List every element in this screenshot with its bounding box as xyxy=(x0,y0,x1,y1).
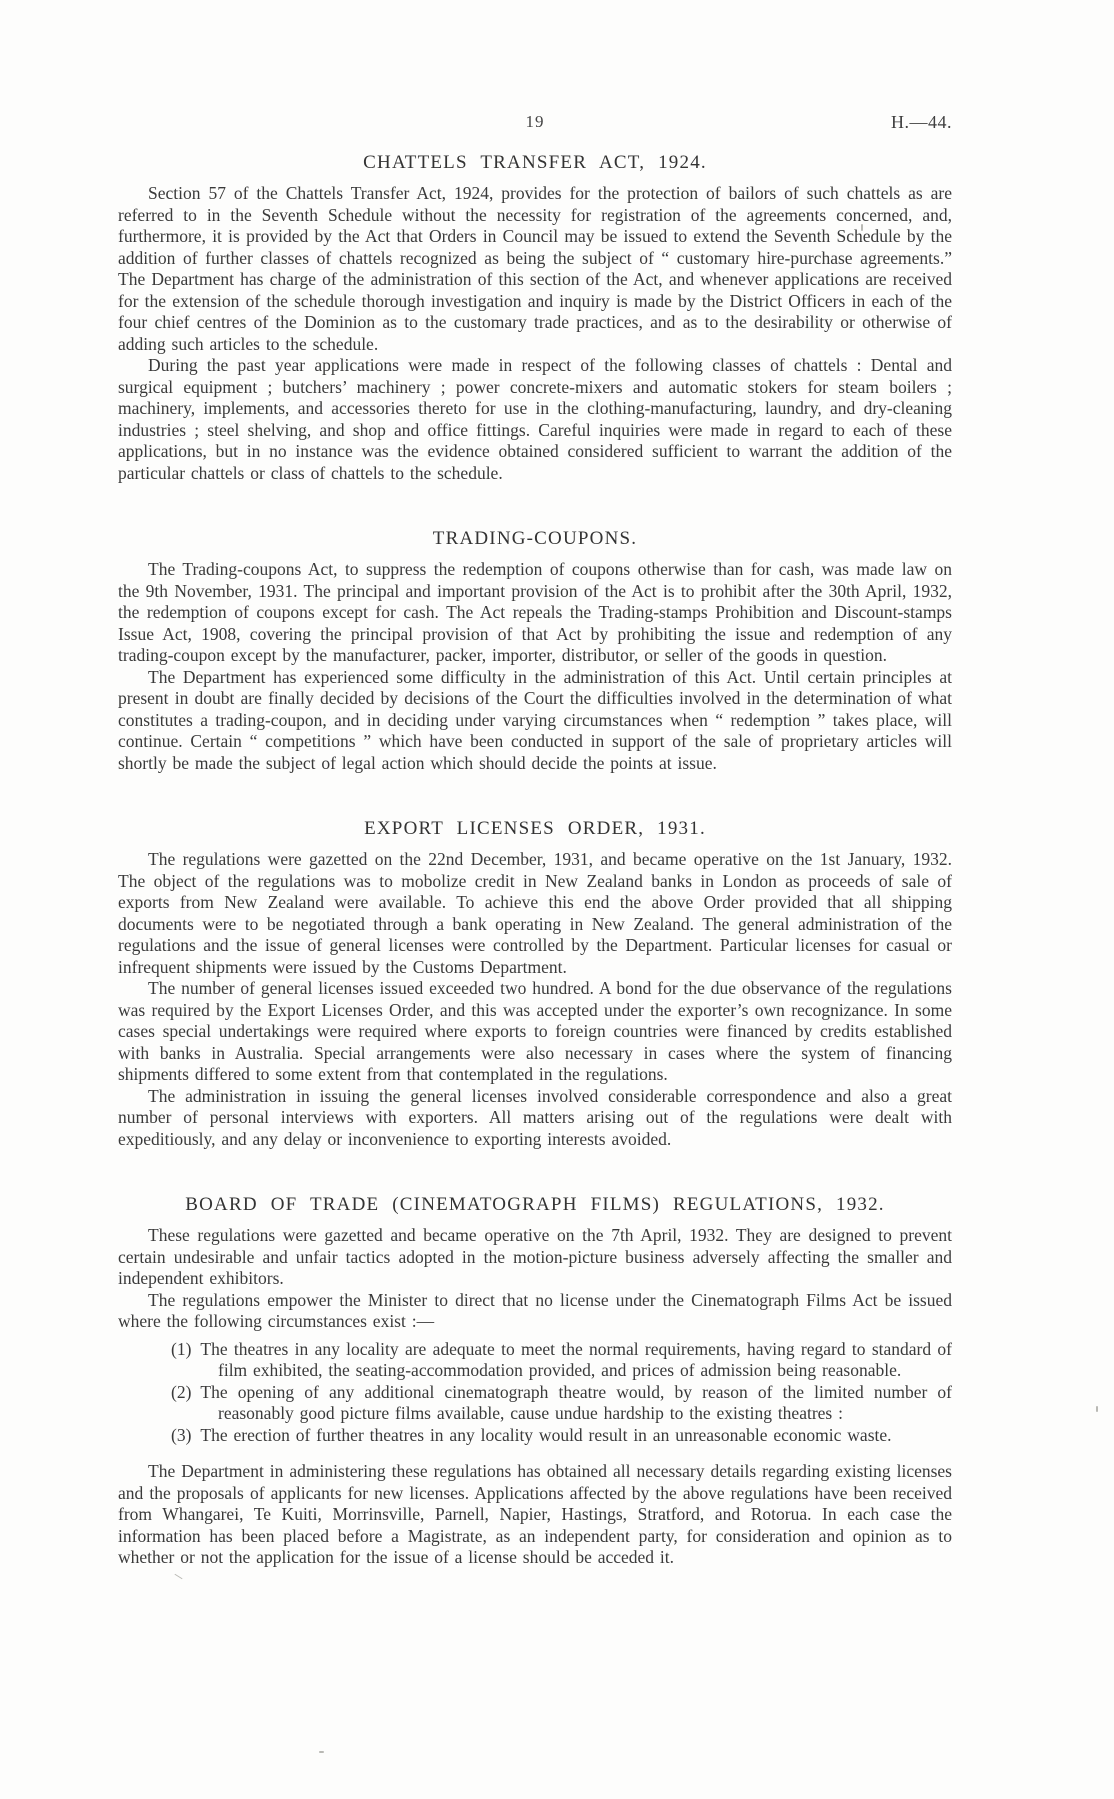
paragraph: The regulations empower the Minister to … xyxy=(118,1290,952,1333)
scan-artifact xyxy=(1096,1406,1098,1412)
paragraph: Section 57 of the Chattels Transfer Act,… xyxy=(118,183,952,355)
paragraph: The regulations were gazetted on the 22n… xyxy=(118,849,952,978)
document-page: 19 H.—44. CHATTELS TRANSFER ACT, 1924. S… xyxy=(0,0,1114,1799)
list-item: (2)The opening of any additional cinemat… xyxy=(218,1382,952,1425)
paragraph: The administration in issuing the genera… xyxy=(118,1086,952,1151)
paragraph: These regulations were gazetted and beca… xyxy=(118,1225,952,1290)
list-item-text: The theatres in any locality are adequat… xyxy=(200,1339,952,1381)
list-item-marker: (1) xyxy=(171,1339,200,1359)
paragraph: During the past year applications were m… xyxy=(118,355,952,484)
section-heading: EXPORT LICENSES ORDER, 1931. xyxy=(118,818,952,840)
section-chattels-transfer-act: CHATTELS TRANSFER ACT, 1924. Section 57 … xyxy=(118,152,952,484)
list-item-marker: (3) xyxy=(171,1425,200,1445)
page-header: 19 H.—44. xyxy=(118,112,952,138)
section-heading: CHATTELS TRANSFER ACT, 1924. xyxy=(118,152,952,174)
list-item-marker: (2) xyxy=(171,1382,200,1402)
scan-artifact xyxy=(174,1574,182,1580)
page-number: 19 xyxy=(118,112,952,132)
page-content: 19 H.—44. CHATTELS TRANSFER ACT, 1924. S… xyxy=(118,112,952,1569)
list-item-text: The opening of any additional cinematogr… xyxy=(200,1382,952,1424)
section-trading-coupons: TRADING-COUPONS. The Trading-coupons Act… xyxy=(118,528,952,774)
section-export-licenses-order: EXPORT LICENSES ORDER, 1931. The regulat… xyxy=(118,818,952,1150)
list-item: (3)The erection of further theatres in a… xyxy=(218,1425,952,1447)
scan-artifact xyxy=(319,1751,324,1753)
list-item-text: The erection of further theatres in any … xyxy=(200,1425,891,1445)
list-item: (1)The theatres in any locality are adeq… xyxy=(218,1339,952,1382)
section-cinematograph-films-regulations: BOARD OF TRADE (CINEMATOGRAPH FILMS) REG… xyxy=(118,1194,952,1569)
doc-reference: H.—44. xyxy=(891,112,952,133)
section-heading: BOARD OF TRADE (CINEMATOGRAPH FILMS) REG… xyxy=(118,1194,952,1216)
paragraph: The Department in administering these re… xyxy=(118,1461,952,1569)
numbered-list: (1)The theatres in any locality are adeq… xyxy=(118,1339,952,1447)
paragraph: The Trading-coupons Act, to suppress the… xyxy=(118,559,952,667)
section-heading: TRADING-COUPONS. xyxy=(118,528,952,550)
paragraph: The Department has experienced some diff… xyxy=(118,667,952,775)
paragraph: The number of general licenses issued ex… xyxy=(118,978,952,1086)
